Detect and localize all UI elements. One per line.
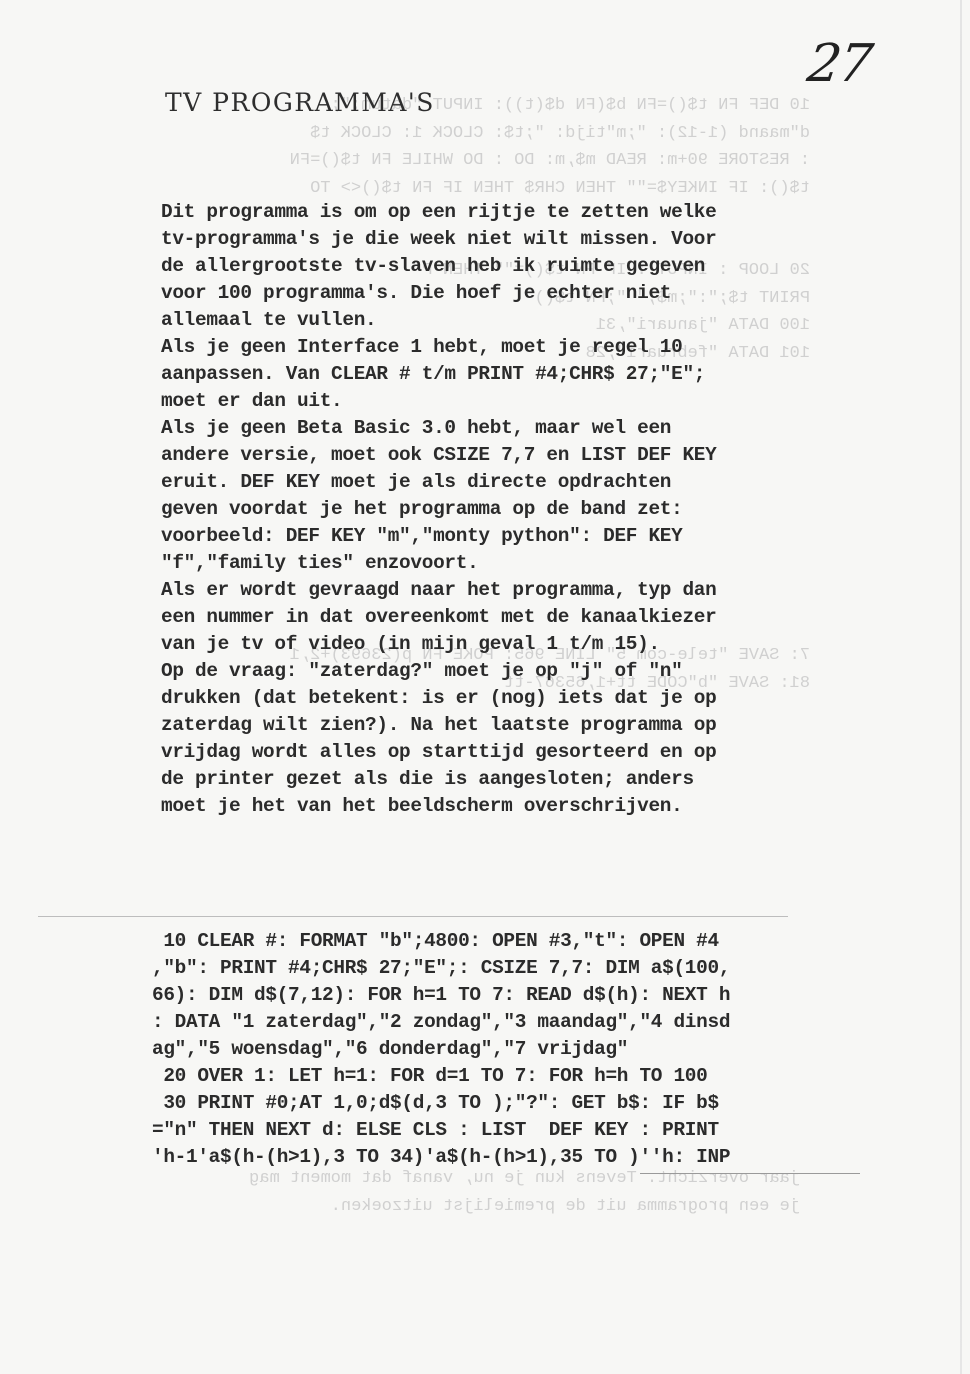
code-line: : DATA "1 zaterdag","2 zondag","3 maanda… xyxy=(152,1009,872,1036)
body-line: drukken (dat betekent: is er (nog) iets … xyxy=(161,685,861,712)
basic-listing: 10 CLEAR #: FORMAT "b";4800: OPEN #3,"t"… xyxy=(152,928,872,1171)
underline-mark xyxy=(640,1173,860,1174)
body-line: allemaal te vullen. xyxy=(161,307,861,334)
code-line: 'h-1'a$(h-(h>1),3 TO 34)'a$(h-(h>1),35 T… xyxy=(152,1144,872,1171)
body-line: voorbeeld: DEF KEY "m","monty python": D… xyxy=(161,523,861,550)
body-line: geven voordat je het programma op de ban… xyxy=(161,496,861,523)
page-number: 27 xyxy=(804,34,875,94)
body-line: vrijdag wordt alles op starttijd gesorte… xyxy=(161,739,861,766)
page-title: TV PROGRAMMA'S xyxy=(165,88,435,117)
body-line: Als je geen Interface 1 hebt, moet je re… xyxy=(161,334,861,361)
page-edge xyxy=(960,0,962,1374)
body-line: een nummer in dat overeenkomt met de kan… xyxy=(161,604,861,631)
code-line: 30 PRINT #0;AT 1,0;d$(d,3 TO );"?": GET … xyxy=(152,1090,872,1117)
body-text: Dit programma is om op een rijtje te zet… xyxy=(161,199,861,820)
body-line: zaterdag wilt zien?). Na het laatste pro… xyxy=(161,712,861,739)
body-line: de printer gezet als die is aangesloten;… xyxy=(161,766,861,793)
body-line: Dit programma is om op een rijtje te zet… xyxy=(161,199,861,226)
body-line: voor 100 programma's. Die hoef je echter… xyxy=(161,280,861,307)
code-line: 20 OVER 1: LET h=1: FOR d=1 TO 7: FOR h=… xyxy=(152,1063,872,1090)
body-line: Als je geen Beta Basic 3.0 hebt, maar we… xyxy=(161,415,861,442)
code-line: ="n" THEN NEXT d: ELSE CLS : LIST DEF KE… xyxy=(152,1117,872,1144)
code-line: 10 CLEAR #: FORMAT "b";4800: OPEN #3,"t"… xyxy=(152,928,872,955)
body-line: aanpassen. Van CLEAR # t/m PRINT #4;CHR$… xyxy=(161,361,861,388)
body-line: tv-programma's je die week niet wilt mis… xyxy=(161,226,861,253)
code-line: ag","5 woensdag","6 donderdag","7 vrijda… xyxy=(152,1036,872,1063)
body-line: moet je het van het beeldscherm overschr… xyxy=(161,793,861,820)
body-line: Als er wordt gevraagd naar het programma… xyxy=(161,577,861,604)
body-line: van je tv of video (in mijn geval 1 t/m … xyxy=(161,631,861,658)
code-line: 66): DIM d$(7,12): FOR h=1 TO 7: READ d$… xyxy=(152,982,872,1009)
body-line: de allergrootste tv-slaven heb ik ruimte… xyxy=(161,253,861,280)
body-line: eruit. DEF KEY moet je als directe opdra… xyxy=(161,469,861,496)
body-line: "f","family ties" enzovoort. xyxy=(161,550,861,577)
code-line: ,"b": PRINT #4;CHR$ 27;"E";: CSIZE 7,7: … xyxy=(152,955,872,982)
body-line: Op de vraag: "zaterdag?" moet je op "j" … xyxy=(161,658,861,685)
body-line: moet er dan uit. xyxy=(161,388,861,415)
body-line: andere versie, moet ook CSIZE 7,7 en LIS… xyxy=(161,442,861,469)
section-divider xyxy=(38,916,788,917)
